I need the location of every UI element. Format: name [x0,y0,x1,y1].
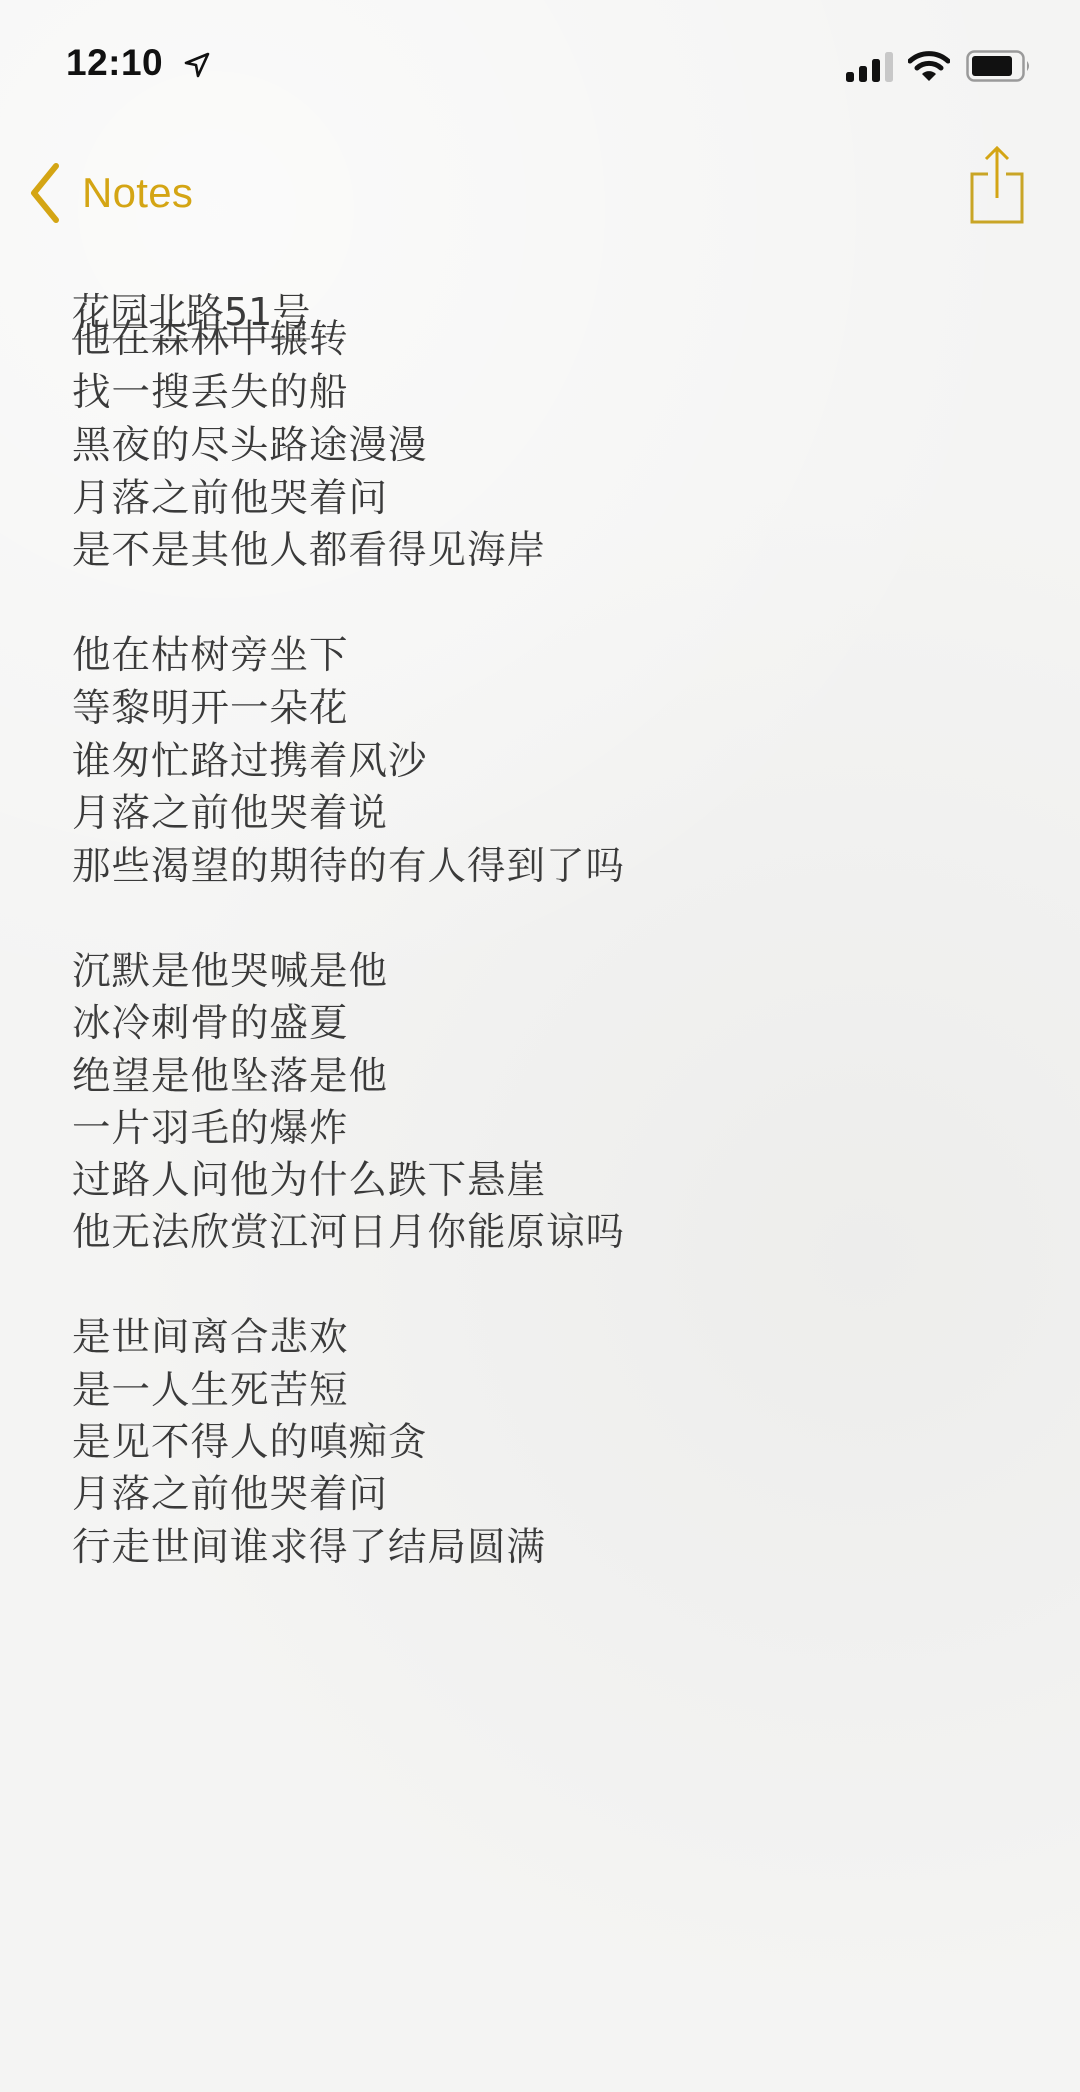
poem-line: 绝望是他坠落是他 [72,1053,388,1101]
poem-line: 月落之前他哭着问 [72,475,388,523]
poem-line: 他无法欣赏江河日月你能原谅吗 [72,1209,625,1257]
poem-line: 一片羽毛的爆炸 [72,1105,349,1153]
poem-line: 过路人问他为什么跌下悬崖 [72,1157,546,1205]
poem-line: 黑夜的尽头路途漫漫 [72,422,428,470]
wifi-icon [908,50,950,82]
status-bar: 12:10 [0,0,1080,130]
back-to-notes-button[interactable]: Notes [28,158,193,228]
share-icon [966,144,1028,226]
poem-line: 是世间离合悲欢 [72,1314,349,1362]
poem-line: 月落之前他哭着问 [72,1471,388,1519]
poem-line: 他在森林中辗转 [72,316,349,364]
status-time: 12:10 [66,42,163,84]
poem-line: 等黎明开一朵花 [72,685,349,733]
poem-line: 月落之前他哭着说 [72,790,388,838]
battery-icon [966,50,1032,82]
poem-line: 冰冷刺骨的盛夏 [72,1000,349,1048]
poem-line: 那些渴望的期待的有人得到了吗 [72,843,625,891]
poem-line: 是见不得人的嗔痴贪 [72,1419,428,1467]
chevron-left-icon [28,162,62,224]
poem-line: 找一搜丢失的船 [72,369,349,417]
poem-line: 他在枯树旁坐下 [72,632,349,680]
poem-line: 谁匆忙路过携着风沙 [72,738,428,786]
poem-line: 行走世间谁求得了结局圆满 [72,1524,546,1572]
cellular-signal-icon [846,52,896,82]
share-button[interactable] [966,144,1028,226]
poem-line: 是不是其他人都看得见海岸 [72,527,546,575]
back-button-label: Notes [82,169,193,217]
poem-line: 是一人生死苦短 [72,1367,349,1415]
poem-line: 沉默是他哭喊是他 [72,948,388,996]
location-arrow-icon [184,52,210,78]
